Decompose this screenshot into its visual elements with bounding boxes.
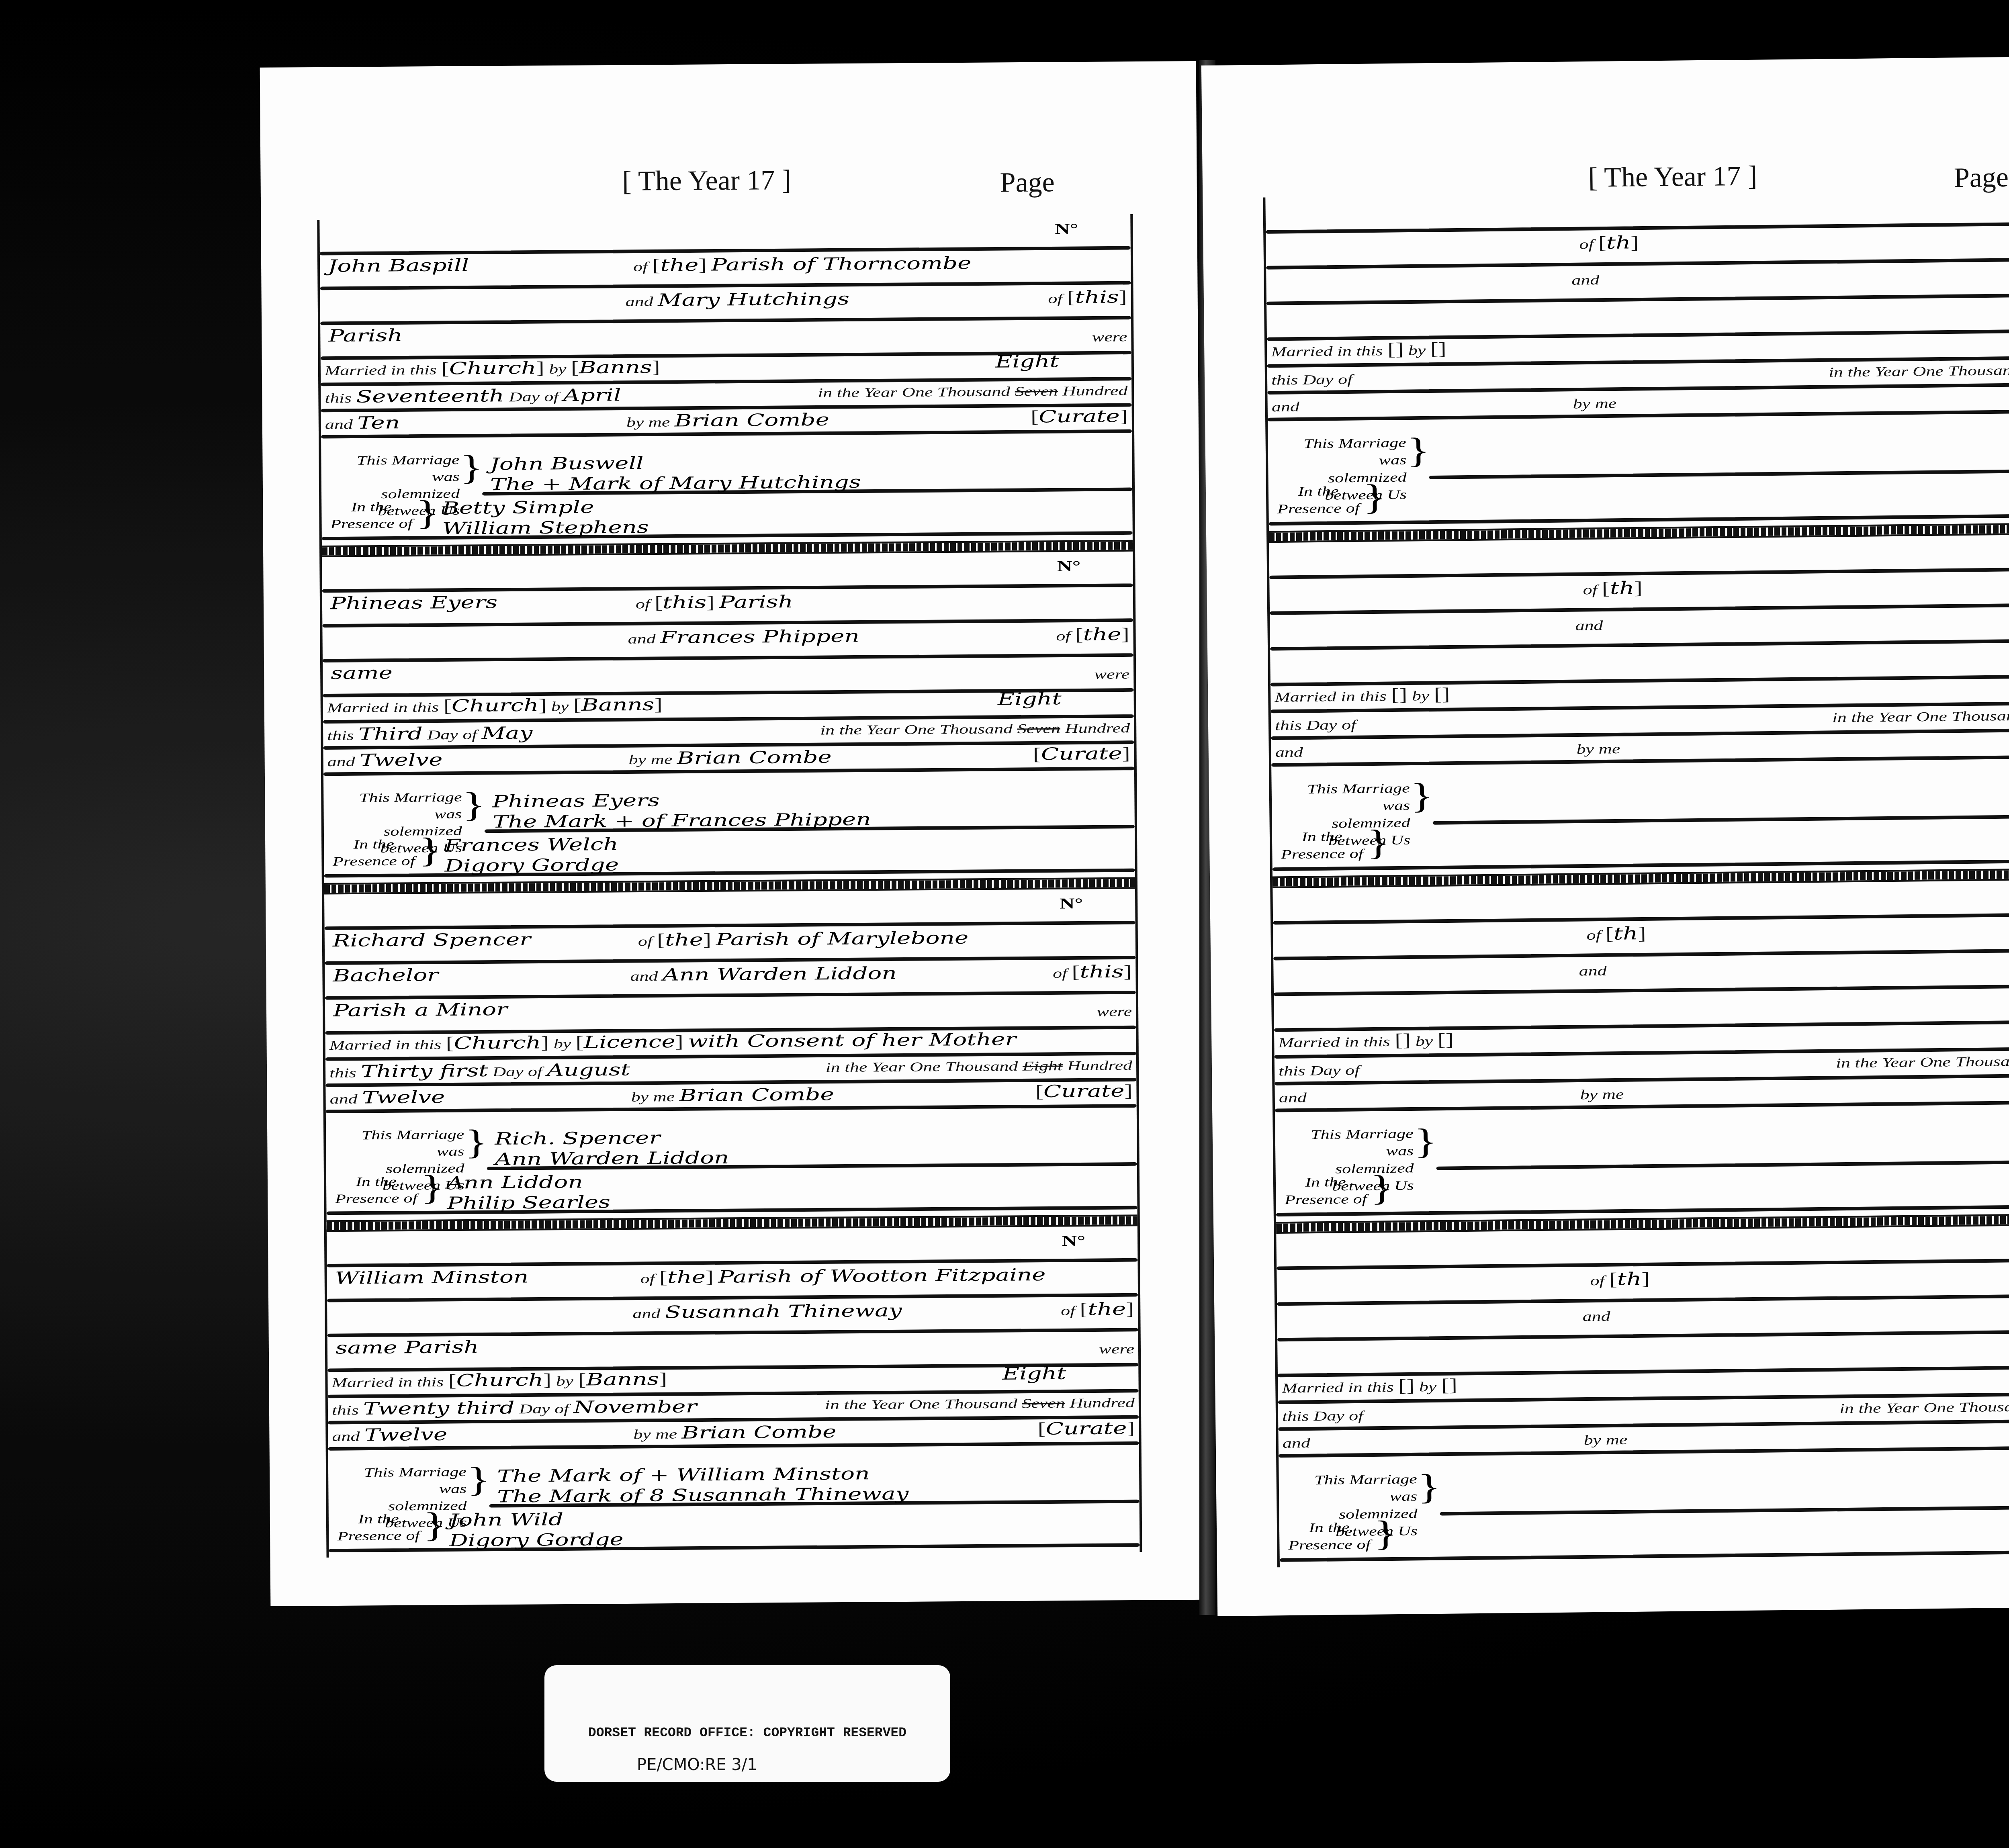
by-me-label: by me	[1577, 741, 1620, 757]
presence-label: In thePresence of	[1278, 828, 1367, 863]
party-signature-1: Rich. Spencer	[495, 1124, 1137, 1149]
and-label: and	[626, 294, 653, 309]
married-by: Licence	[584, 1032, 675, 1052]
were-label: were	[1097, 1004, 1132, 1020]
groom-parish-row: of [th]	[1590, 1263, 2009, 1290]
this-label: this	[1282, 1408, 1309, 1424]
of-the-field: the	[665, 930, 703, 950]
by-label: by	[1412, 688, 1430, 703]
of-label: of	[1586, 928, 1601, 943]
groom-parish-row: of [the] Parish of Wootton Fitzpaine	[640, 1264, 1138, 1288]
and-label: and	[327, 754, 355, 769]
bride-name: Ann Warden Liddon	[663, 963, 897, 985]
struck-year-word: Eight	[1023, 1058, 1063, 1073]
groom-name: Phineas Eyers	[330, 592, 498, 613]
register-entry: N° of [th] and of [th] were Married in t…	[1273, 879, 2009, 1123]
office-row: [Curate]	[1038, 1418, 1135, 1439]
register-entry: N° Richard Spencer of [the] Parish of Ma…	[324, 889, 1136, 1031]
married-in-place: Church	[456, 1370, 543, 1390]
register-entry: N° Phineas Eyers of [this] Parish and Fr…	[322, 552, 1133, 694]
brace-icon: }	[462, 789, 485, 821]
presence-label: In thePresence of	[1281, 1173, 1370, 1208]
groom-name: Richard Spencer	[333, 929, 531, 951]
married-in-place: Church	[454, 1032, 541, 1053]
entry-number-label: N°	[1057, 558, 1081, 575]
right-page: [ The Year 17 ] Page N° of [th] and of […	[1201, 55, 2009, 1616]
of-label: of	[633, 259, 648, 274]
marriage-day: Twenty third	[363, 1398, 515, 1419]
party-signature-2	[1437, 450, 2009, 458]
in-the-year-label: in the Year One Thousand	[1836, 1053, 2009, 1071]
married-by: Banns	[579, 357, 652, 377]
of-label: of	[1590, 1273, 1604, 1288]
by-label: by	[1416, 1033, 1433, 1049]
ruled-line	[1277, 1329, 2009, 1342]
of-label: of	[1061, 1303, 1075, 1318]
by-me-label: by me	[1584, 1432, 1628, 1447]
reference-number: PE/CMO:RE 3/1	[637, 1756, 757, 1774]
signature-block: This Marriage wassolemnized between Us }…	[323, 781, 1135, 883]
witness-2	[1393, 840, 2009, 848]
year-row: in the Year One Thousand Eight Hundred	[826, 1057, 1133, 1075]
this-label: this	[1271, 372, 1298, 388]
groom-parish-row: of [this] Parish	[636, 589, 1133, 613]
this-label: this	[332, 1402, 359, 1417]
bride-name: Frances Phippen	[660, 626, 859, 648]
inserted-year-word: Eight	[998, 689, 1062, 709]
brace-icon: }	[1410, 779, 1434, 812]
in-the-year-label: in the Year One Thousand	[1829, 362, 2009, 380]
and-label: and	[1575, 618, 1603, 634]
copyright-notice: DORSET RECORD OFFICE: COPYRIGHT RESERVED	[544, 1725, 950, 1740]
bride-parish: Parish a Minor	[333, 1000, 507, 1020]
of-the-field: th	[1617, 1269, 1642, 1289]
officiant-name: Brian Combe	[681, 1422, 836, 1443]
in-the-year-label: in the Year One Thousand	[820, 721, 1013, 737]
groom-parish-row: of [the] Parish of Thorncombe	[633, 252, 1131, 276]
of-the-field: the	[1083, 624, 1121, 644]
married-in-label: Married in this	[325, 362, 437, 378]
year-row: in the Year One Thousand Seven Hundred	[1832, 706, 2009, 725]
marriage-day: Thirty first	[361, 1061, 488, 1081]
hundred-label: Hundred	[1067, 1058, 1132, 1073]
by-label: by	[1419, 1379, 1437, 1394]
of-the-field: this	[1075, 287, 1119, 307]
register-entry: N° John Baspill of [the] Parish of Thorn…	[319, 214, 1131, 356]
ruled-line	[1433, 814, 2009, 825]
by-me-label: by me	[1580, 1087, 1624, 1102]
groom-parish-row: of [the] Parish of Marylebone	[638, 927, 1135, 951]
brace-icon: }	[1418, 1470, 1441, 1503]
married-extra-note: with Consent of her Mother	[688, 1029, 1016, 1051]
of-the-field: th	[1606, 232, 1631, 253]
bride-parish: Parish	[328, 325, 403, 346]
and-label: and	[1272, 399, 1299, 415]
groom-note: Bachelor	[333, 965, 438, 985]
in-the-year-label: in the Year One Thousand	[826, 1059, 1018, 1075]
signature-block: This Marriage wassolemnized between Us }…	[1271, 769, 2009, 876]
married-in-label: Married in this	[1278, 1034, 1390, 1051]
entry-number-label: N°	[1062, 1233, 1086, 1250]
bride-name: Mary Hutchings	[658, 289, 849, 310]
signature-block: This Marriage wassolemnized between Us }…	[326, 1118, 1137, 1220]
struck-year-word: Seven	[1017, 721, 1060, 736]
brace-icon: }	[1363, 480, 1386, 513]
and-label: and	[332, 1429, 360, 1444]
officiant-name: Brian Combe	[679, 1084, 834, 1105]
bride-parish: same	[331, 663, 393, 683]
officiant-office: Curate	[1046, 1418, 1127, 1439]
brace-icon: }	[423, 1509, 446, 1541]
bride-name: Susannah Thineway	[665, 1300, 902, 1322]
year-suffix: Twelve	[364, 1425, 448, 1445]
witness-2	[1389, 495, 2009, 503]
bride-parish: same Parish	[336, 1337, 479, 1358]
brace-icon: }	[464, 1126, 488, 1158]
this-label: this	[325, 390, 352, 405]
of-label: of	[1048, 291, 1062, 306]
year-row: in the Year One Thousand Seven Hundred	[825, 1395, 1135, 1413]
and-label: and	[1279, 1090, 1307, 1106]
year-row: in the Year One Thousand Seven Hundred	[820, 720, 1130, 738]
of-the-field: the	[667, 1267, 706, 1287]
archive-label: DORSET RECORD OFFICE: COPYRIGHT RESERVED…	[544, 1665, 950, 1782]
presence-label: In thePresence of	[332, 1173, 421, 1208]
party-signature-1	[1448, 1466, 2009, 1473]
left-page: [ The Year 17 ] Page N° John Baspill of …	[260, 61, 1207, 1606]
of-the-field: th	[1610, 578, 1635, 598]
party-signature-1	[1444, 1120, 2009, 1128]
married-by: Banns	[581, 695, 655, 715]
year-row: in the Year One Thousand Seven Hundred	[1836, 1052, 2009, 1071]
groom-parish: Parish of Wootton Fitzpaine	[718, 1265, 1045, 1287]
hundred-label: Hundred	[1062, 383, 1127, 399]
and-label: and	[628, 631, 655, 646]
of-label: of	[1053, 966, 1067, 981]
groom-name: John Baspill	[328, 255, 469, 276]
brace-icon: }	[1414, 1125, 1437, 1158]
and-label: and	[1579, 963, 1606, 979]
day-of-label: Day of	[1310, 1063, 1360, 1078]
of-label: of	[638, 934, 653, 949]
struck-year-word: Seven	[1022, 1396, 1065, 1411]
of-label: of	[636, 597, 650, 611]
and-label: and	[1582, 1308, 1610, 1324]
marriage-day: Third	[358, 724, 423, 744]
presence-label: In thePresence of	[329, 836, 418, 870]
marriage-record: N° John Baspill of [the] Parish of Thorn…	[319, 214, 1132, 450]
marriage-month: April	[563, 385, 621, 405]
of-the-field: the	[1088, 1299, 1126, 1319]
in-the-year-label: in the Year One Thousand	[1839, 1399, 2009, 1416]
by-me-label: by me	[629, 752, 673, 767]
of-the-field: this	[1080, 962, 1123, 982]
married-in-place: Church	[449, 358, 536, 378]
married-in-label: Married in this	[1275, 689, 1387, 705]
were-label: were	[1094, 666, 1129, 682]
officiant-name: Brian Combe	[677, 747, 832, 768]
bride-of-row: of [the]	[1056, 624, 1129, 645]
witness-2	[1400, 1531, 2009, 1539]
officiant-office: Curate	[1043, 1081, 1125, 1101]
officiant-office: Curate	[1041, 744, 1122, 764]
party-signature-2	[1440, 796, 2009, 803]
day-of-label: Day of	[1303, 372, 1352, 387]
married-in-label: Married in this	[1271, 343, 1383, 360]
brace-icon: }	[418, 834, 442, 866]
ruled-line	[1436, 1159, 2009, 1170]
this-label: this	[1279, 1063, 1305, 1079]
were-label: were	[1092, 329, 1127, 345]
and-label: and	[329, 1092, 357, 1106]
bride-row: and	[1582, 1299, 2009, 1325]
day-of-label: Day of	[493, 1064, 542, 1079]
year-header: [ The Year 17 ]	[622, 164, 791, 198]
party-signature-1: Phineas Eyers	[492, 787, 1134, 811]
by-label: by	[551, 699, 569, 713]
register-entry: N° of [th] and of [th] were Married in t…	[1265, 188, 2009, 433]
register-entry: N° of [th] and of [th] were Married in t…	[1276, 1225, 2009, 1469]
bride-of-row: of [this]	[1048, 287, 1127, 307]
party-signature-1: John Buswell	[490, 450, 1132, 474]
presence-label: In thePresence of	[1274, 482, 1363, 518]
page-label: Page	[1000, 166, 1055, 199]
of-label: of	[640, 1271, 655, 1286]
register-entry: N° of [th] and of [th] were Married in t…	[1269, 534, 2009, 778]
signature-block: This Marriage wassolemnized between Us }…	[328, 1456, 1140, 1558]
bride-of-row: of [the]	[1061, 1299, 1134, 1319]
signature-block: This Marriage wassolemnized between Us }…	[1275, 1114, 2009, 1222]
married-in-label: Married in this	[327, 700, 439, 715]
day-of-label: Day of	[427, 727, 477, 742]
party-signature-1	[1440, 775, 2009, 782]
year-suffix: Ten	[357, 413, 400, 433]
ruled-line	[1274, 983, 2009, 996]
presence-label: In thePresence of	[327, 498, 416, 533]
marriage-record: N° Phineas Eyers of [this] Parish and Fr…	[322, 552, 1134, 787]
year-inserted: Eight	[1002, 1364, 1066, 1384]
blank-marriage-record: N° of [th] and of [th] were Married in t…	[1269, 534, 2009, 778]
and-label: and	[1571, 272, 1599, 288]
groom-name: William Minston	[335, 1267, 529, 1288]
brace-icon: }	[1374, 1517, 1397, 1550]
ruled-line	[1440, 1505, 2009, 1516]
of-label: of	[1579, 237, 1594, 252]
of-the-field: this	[663, 592, 706, 612]
brace-icon: }	[460, 451, 483, 483]
in-the-year-label: in the Year One Thousand	[825, 1396, 1017, 1412]
ruled-line	[1266, 292, 2009, 305]
hundred-label: Hundred	[1070, 1395, 1135, 1411]
by-me-label: by me	[633, 1427, 677, 1442]
day-of-label: Day of	[1306, 717, 1356, 733]
by-me-label: by me	[626, 415, 670, 430]
presence-label: In thePresence of	[334, 1511, 423, 1545]
struck-year-word: Seven	[1015, 384, 1058, 399]
party-signature-2	[1444, 1141, 2009, 1149]
office-row: [Curate]	[1033, 744, 1130, 765]
day-of-label: Day of	[519, 1401, 569, 1417]
marriage-record: N° Richard Spencer of [the] Parish of Ma…	[324, 889, 1137, 1124]
register-entry: N° William Minston of [the] Parish of Wo…	[327, 1226, 1138, 1368]
were-label: were	[1099, 1341, 1134, 1357]
by-label: by	[554, 1036, 571, 1051]
groom-parish: Parish of Thorncombe	[711, 253, 972, 275]
groom-parish-row: of [th]	[1579, 227, 2009, 253]
and-label: and	[1275, 744, 1303, 760]
signature-block: This Marriage wassolemnized between Us }…	[1279, 1460, 2009, 1567]
this-label: this	[329, 1065, 356, 1080]
marriage-register-form: N° John Baspill of [the] Parish of Thorn…	[317, 214, 1142, 1558]
year-row: in the Year One Thousand Seven Hundred	[1839, 1397, 2009, 1416]
year-row: in the Year One Thousand Seven Hundred	[1829, 361, 2009, 380]
party-signature-1: The Mark of + William Minston	[497, 1462, 1139, 1486]
blank-register-form: N° of [th] and of [th] were Married in t…	[1263, 188, 2009, 1568]
officiant-name: Brian Combe	[675, 410, 829, 431]
hundred-label: Hundred	[1065, 720, 1130, 736]
bride-row: and	[1579, 954, 2009, 980]
inserted-year-word: Eight	[1002, 1364, 1066, 1384]
bride-row: and	[1571, 263, 2009, 289]
groom-parish-row: of [th]	[1583, 572, 2009, 599]
in-the-year-label: in the Year One Thousand	[818, 384, 1010, 400]
and-label: and	[632, 1306, 660, 1321]
of-the-field: the	[660, 255, 698, 275]
married-in-label: Married in this	[329, 1037, 442, 1053]
and-label: and	[630, 969, 658, 983]
of-label: of	[1056, 628, 1070, 643]
marriage-month: November	[573, 1396, 697, 1417]
officiant-office: Curate	[1039, 406, 1120, 427]
ruled-line	[1270, 638, 2009, 651]
of-the-field: th	[1614, 923, 1638, 944]
marriage-month: August	[547, 1060, 630, 1080]
office-row: [Curate]	[1035, 1081, 1133, 1102]
brace-icon: }	[1367, 826, 1390, 859]
groom-parish: Parish of Marylebone	[716, 928, 968, 950]
witness-2	[1396, 1186, 2009, 1194]
brace-icon: }	[421, 1171, 444, 1204]
signature-block: This Marriage wassolemnized between Us }…	[321, 444, 1133, 546]
brace-icon: }	[1370, 1171, 1393, 1204]
day-of-label: Day of	[1313, 1408, 1363, 1424]
brace-icon: }	[1406, 434, 1430, 467]
by-me-label: by me	[1573, 396, 1617, 411]
married-by: Banns	[586, 1369, 659, 1389]
office-row: [Curate]	[1031, 406, 1128, 427]
by-label: by	[1408, 343, 1426, 358]
and-label: and	[325, 417, 353, 431]
year-inserted: Eight	[998, 689, 1062, 709]
married-in-place: Church	[452, 695, 539, 716]
brace-icon: }	[416, 497, 439, 529]
blank-marriage-record: N° of [th] and of [th] were Married in t…	[1276, 1225, 2009, 1469]
groom-parish: Parish	[719, 592, 794, 612]
this-label: this	[327, 728, 354, 743]
married-in-label: Married in this	[1282, 1379, 1394, 1396]
presence-label: In thePresence of	[1285, 1519, 1374, 1554]
entry-number-label: N°	[1060, 895, 1083, 912]
party-signature-1	[1437, 429, 2009, 437]
by-me-label: by me	[631, 1089, 675, 1104]
year-header: [ The Year 17 ]	[1588, 160, 1757, 194]
married-in-label: Married in this	[331, 1374, 444, 1390]
of-label: of	[1583, 582, 1597, 597]
inserted-year-word: Eight	[995, 352, 1059, 372]
year-suffix: Twelve	[360, 750, 443, 770]
by-label: by	[556, 1374, 574, 1388]
signature-block: This Marriage wassolemnized between Us }…	[1268, 423, 2009, 531]
bride-row: and	[1575, 608, 2009, 634]
in-the-year-label: in the Year One Thousand	[1832, 708, 2009, 725]
bride-of-row: of [this]	[1053, 962, 1132, 982]
blank-marriage-record: N° of [th] and of [th] were Married in t…	[1265, 188, 2009, 433]
marriage-month: May	[481, 723, 532, 743]
day-of-label: Day of	[509, 389, 559, 405]
entry-number-label: N°	[1055, 220, 1078, 237]
year-suffix: Twelve	[362, 1087, 445, 1108]
year-inserted: Eight	[995, 352, 1059, 372]
party-signature-2	[1448, 1486, 2009, 1494]
marriage-record: N° William Minston of [the] Parish of Wo…	[327, 1226, 1139, 1462]
ruled-line	[1429, 468, 2009, 479]
marriage-day: Seventeenth	[356, 386, 504, 407]
by-label: by	[549, 362, 567, 376]
year-row: in the Year One Thousand Seven Hundred	[818, 383, 1127, 401]
groom-parish-row: of [th]	[1586, 918, 2009, 944]
this-label: this	[1275, 718, 1302, 733]
and-label: and	[1283, 1435, 1310, 1451]
blank-marriage-record: N° of [th] and of [th] were Married in t…	[1273, 879, 2009, 1123]
brace-icon: }	[467, 1464, 490, 1496]
